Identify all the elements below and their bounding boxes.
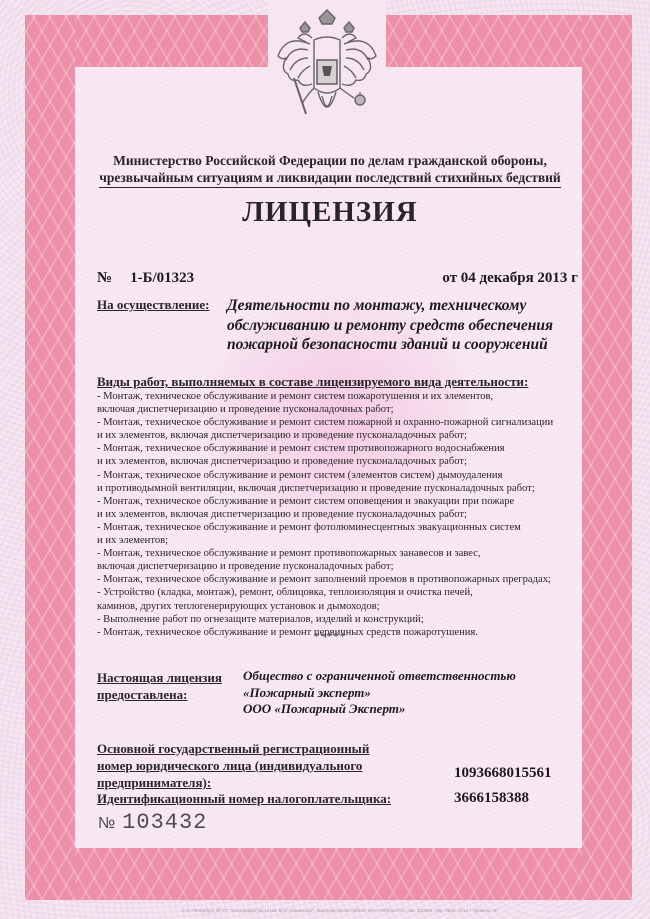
issuing-authority: Министерство Российской Федерации по дел…: [90, 152, 570, 188]
works-line: и противодымной вентиляции, включая дисп…: [97, 482, 587, 495]
works-line: и их элементов, включая диспетчеризацию …: [97, 429, 587, 442]
ogrn-label: Основной государственный регистрационный…: [97, 740, 397, 791]
ogrn-label-line: номер юридического лица (индивидуального: [97, 757, 397, 774]
form-serial-number: №103432: [98, 810, 207, 835]
works-line: - Монтаж, техническое обслуживание и рем…: [97, 547, 587, 560]
licensed-activity-line: Деятельности по монтажу, техническому: [227, 296, 582, 316]
holder-label-line2: предоставлена:: [97, 686, 222, 703]
ogrn-value: 1093668015561: [454, 765, 552, 782]
license-holder: Общество с ограниченной ответственностью…: [243, 668, 563, 718]
holder-label-line1: Настоящая лицензия: [97, 669, 222, 686]
works-line: - Выполнение работ по огнезащите материа…: [97, 613, 587, 626]
works-line: - Монтаж, техническое обслуживание и рем…: [97, 416, 587, 429]
russian-coat-of-arms-icon: [272, 4, 382, 126]
works-title: Виды работ, выполняемых в составе лиценз…: [97, 374, 528, 390]
holder-label: Настоящая лицензия предоставлена:: [97, 669, 222, 703]
works-line: - Монтаж, техническое обслуживание и рем…: [97, 495, 587, 508]
issue-date: от 04 декабря 2013 г: [420, 270, 578, 287]
ogrn-label-line: Основной государственный регистрационный: [97, 740, 397, 757]
purpose-label: На осуществление:: [97, 297, 210, 313]
holder-line: «Пожарный эксперт»: [243, 685, 563, 702]
border-band-left: [25, 15, 75, 900]
serial-prefix: №: [98, 815, 116, 832]
works-line: - Монтаж, техническое обслуживание и рем…: [97, 573, 587, 586]
works-line: включая диспетчеризацию и проведение пус…: [97, 560, 587, 573]
works-line: и их элементов, включая диспетчеризацию …: [97, 508, 587, 521]
border-band-bottom: [25, 848, 632, 900]
border-band-right: [582, 15, 632, 900]
ogrn-label-line: предпринимателя):: [97, 774, 397, 791]
document-title: ЛИЦЕНЗИЯ: [90, 196, 570, 229]
number-prefix: №: [97, 270, 112, 286]
license-sheet: Министерство Российской Федерации по дел…: [0, 0, 650, 919]
works-line: каминов, других теплогенерирующих устано…: [97, 600, 587, 613]
printer-imprint: © С.-Петербург ФГУП "Типография № 12 им.…: [140, 908, 540, 913]
holder-line: ООО «Пожарный Эксперт»: [243, 701, 563, 718]
works-line: - Устройство (кладка, монтаж), ремонт, о…: [97, 586, 587, 599]
works-list: - Монтаж, техническое обслуживание и рем…: [97, 390, 587, 639]
holder-line: Общество с ограниченной ответственностью: [243, 668, 563, 685]
inn-value: 3666158388: [454, 790, 529, 807]
works-line: - Монтаж, техническое обслуживание и рем…: [97, 442, 587, 455]
works-line: и их элементов, включая диспетчеризацию …: [97, 455, 587, 468]
licensed-activity-line: обслуживанию и ремонту средств обеспечен…: [227, 316, 582, 336]
serial-number-value: 103432: [122, 810, 207, 835]
works-line: и их элементов;: [97, 534, 587, 547]
license-number-value: 1-Б/01323: [130, 270, 194, 286]
issuing-authority-line2: чрезвычайным ситуациям и ликвидации посл…: [99, 169, 560, 188]
works-line: - Монтаж, техническое обслуживание и рем…: [97, 469, 587, 482]
section-divider: *****: [90, 631, 570, 643]
works-line: - Монтаж, техническое обслуживание и рем…: [97, 390, 587, 403]
issuing-authority-line1: Министерство Российской Федерации по дел…: [90, 152, 570, 169]
licensed-activity: Деятельности по монтажу, техническому об…: [227, 296, 582, 355]
works-line: - Монтаж, техническое обслуживание и рем…: [97, 521, 587, 534]
works-line: включая диспетчеризацию и проведение пус…: [97, 403, 587, 416]
licensed-activity-line: пожарной безопасности зданий и сооружени…: [227, 335, 582, 355]
inn-label: Идентификационный номер налогоплательщик…: [97, 791, 391, 807]
license-number: №1-Б/01323: [97, 270, 194, 287]
